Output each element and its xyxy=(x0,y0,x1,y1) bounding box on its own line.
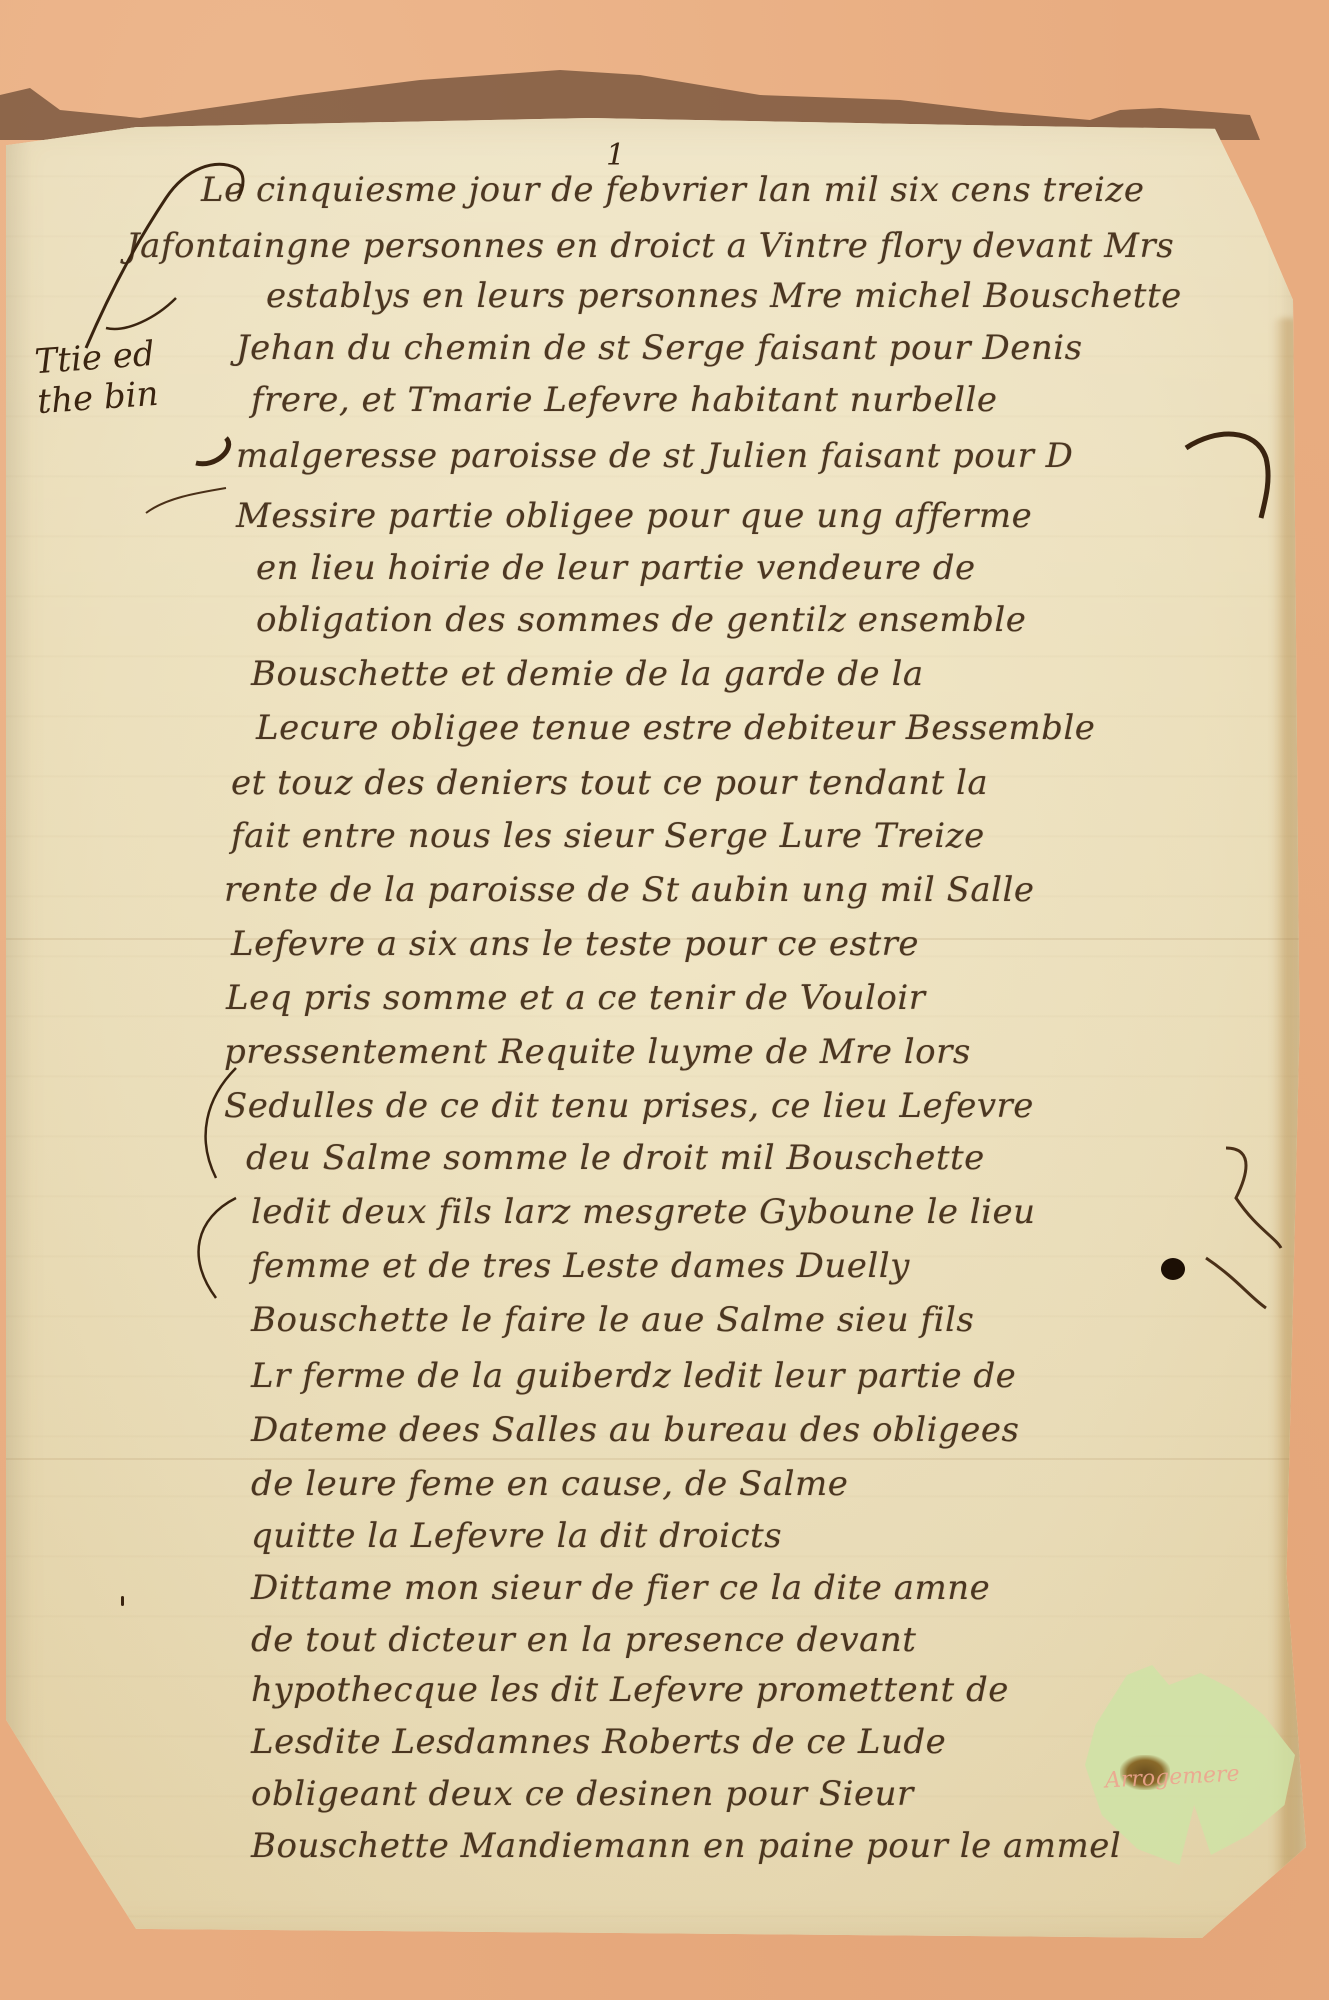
manuscript-line: de leure feme en cause, de Salme xyxy=(251,1464,848,1504)
manuscript-line: Jehan du chemin de st Serge faisant pour… xyxy=(236,328,1083,368)
manuscript-line: Bouschette le faire le aue Salme sieu fi… xyxy=(251,1300,974,1340)
manuscript-line: Lr ferme de la guiberdz ledit leur parti… xyxy=(251,1356,1016,1396)
folio-number: 1 xyxy=(606,138,625,173)
margin-note: Ttie ed the bin xyxy=(33,334,159,422)
manuscript-line: de tout dicteur en la presence devant xyxy=(251,1620,916,1660)
ink-blot xyxy=(1161,1258,1185,1280)
manuscript-line: Jafontaingne personnes en droict a Vintr… xyxy=(126,226,1174,266)
edge-stain xyxy=(1272,318,1302,1918)
page-shadow xyxy=(0,0,1329,140)
manuscript-line: en lieu hoirie de leur partie vendeure d… xyxy=(256,548,976,588)
manuscript-line: hypothecque les dit Lefevre promettent d… xyxy=(251,1670,1009,1710)
manuscript-line: Dittame mon sieur de fier ce la dite amn… xyxy=(251,1568,990,1608)
ink-mark xyxy=(121,1596,124,1606)
margin-flourish xyxy=(106,418,246,528)
manuscript-line: Bouschette et demie de la garde de la xyxy=(251,654,924,694)
manuscript-line: ledit deux fils larz mesgrete Gyboune le… xyxy=(251,1192,1036,1232)
manuscript-line: pressentement Requite luyme de Mre lors xyxy=(224,1032,971,1072)
manuscript-line: Lesdite Lesdamnes Roberts de ce Lude xyxy=(251,1722,946,1762)
manuscript-line: Dateme dees Salles au bureau des obligee… xyxy=(251,1410,1020,1450)
line-end-flourish xyxy=(1176,408,1286,528)
manuscript-line: malgeresse paroisse de st Julien faisant… xyxy=(236,436,1073,476)
ink-blot xyxy=(1296,1443,1312,1471)
manuscript-line: obligation des sommes de gentilz ensembl… xyxy=(256,600,1026,640)
manuscript-line: rente de la paroisse de St aubin ung mil… xyxy=(224,870,1035,910)
manuscript-line: Leq pris somme et a ce tenir de Vouloir xyxy=(226,978,925,1018)
manuscript-line: quitte la Lefevre la dit droicts xyxy=(251,1516,782,1556)
margin-note-line: the bin xyxy=(36,374,160,422)
manuscript-line: Lecure obligee tenue estre debiteur Bess… xyxy=(256,708,1095,748)
manuscript-line: Messire partie obligee pour que ung affe… xyxy=(236,496,1032,536)
fold-line xyxy=(6,1458,1306,1460)
manuscript-line: obligeant deux ce desinen pour Sieur xyxy=(251,1774,914,1814)
manuscript-line: establys en leurs personnes Mre michel B… xyxy=(266,276,1182,316)
manuscript-line: frere, et Tmarie Lefevre habitant nurbel… xyxy=(251,380,998,420)
manuscript-line: et touz des deniers tout ce pour tendant… xyxy=(231,763,988,803)
manuscript-line: Lefevre a six ans le teste pour ce estre xyxy=(231,924,919,964)
manuscript-line: deu Salme somme le droit mil Bouschette xyxy=(246,1138,985,1178)
line-end-flourish xyxy=(1156,1138,1286,1358)
manuscript-line: fait entre nous les sieur Serge Lure Tre… xyxy=(231,816,985,856)
manuscript-page: 1 Ttie ed the bin Le cinquiesme jour de … xyxy=(6,118,1306,1938)
manuscript-line: Le cinquiesme jour de febvrier lan mil s… xyxy=(201,170,1144,210)
manuscript-line: Sedulles de ce dit tenu prises, ce lieu … xyxy=(224,1086,1034,1126)
manuscript-line: Bouschette Mandiemann en paine pour le a… xyxy=(251,1826,1121,1866)
manuscript-line: femme et de tres Leste dames Duelly xyxy=(251,1246,910,1286)
